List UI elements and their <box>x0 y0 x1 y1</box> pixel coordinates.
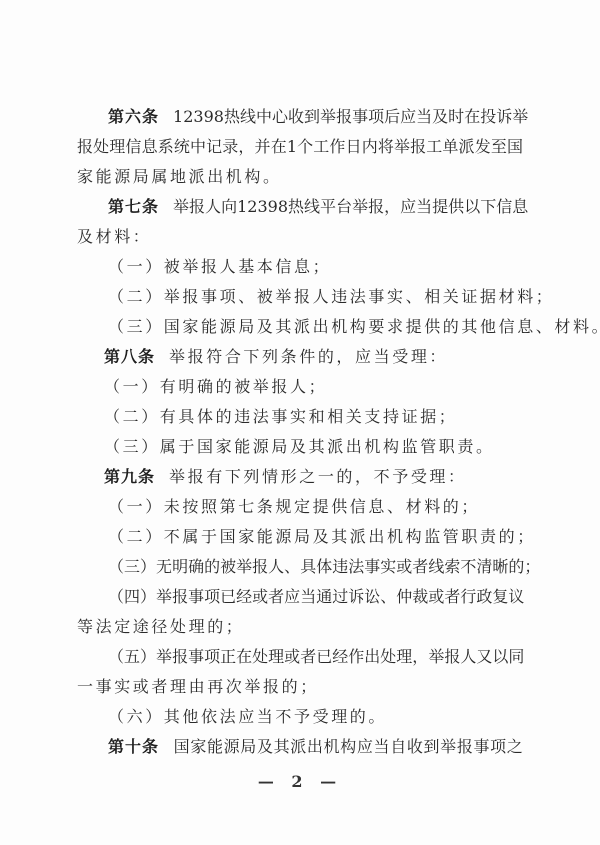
article-number: 第七条 <box>108 192 159 222</box>
char: 举 <box>352 192 368 222</box>
char: 派 <box>459 132 475 162</box>
char: 投 <box>480 102 496 132</box>
char: 违 <box>332 552 348 582</box>
char: 过 <box>332 582 348 612</box>
char: 向 <box>221 192 237 222</box>
char: 1 <box>237 192 247 222</box>
article-number: 第九条 <box>104 467 155 486</box>
char: 举 <box>320 102 336 132</box>
char: 之 <box>507 732 523 762</box>
char: 自 <box>390 732 406 762</box>
char: 记 <box>206 132 222 162</box>
char: 者 <box>444 582 460 612</box>
char: 3 <box>257 192 267 222</box>
text-line: 及材料： <box>77 222 523 252</box>
text-line: （一）未按照第七条规定提供信息、材料的； <box>108 492 523 522</box>
text-line: （一）被举报人基本信息； <box>108 252 523 282</box>
char: 后 <box>384 102 400 132</box>
char: 理 <box>268 642 284 672</box>
char: 构 <box>340 732 356 762</box>
char: 五 <box>124 642 140 672</box>
char: 9 <box>268 192 278 222</box>
char: 及 <box>432 102 448 132</box>
char: 举 <box>173 192 189 222</box>
char: 1 <box>173 102 183 132</box>
line-text: 举报有下列情形之一的，不予受理： <box>169 467 467 486</box>
char: 人 <box>268 552 284 582</box>
line-text: （一）未按照第七条规定提供信息、材料的； <box>108 497 480 516</box>
text-line: （三）无明确的被举报人、具体违法事实或者线索不清晰的； <box>108 552 523 582</box>
char: 到 <box>424 732 440 762</box>
char: 中 <box>256 102 272 132</box>
char: 事 <box>364 552 380 582</box>
char: 或 <box>428 582 444 612</box>
char: 者 <box>300 642 316 672</box>
char: 及 <box>257 732 273 762</box>
char: 者 <box>268 582 284 612</box>
char: 报 <box>410 132 426 162</box>
char: 平 <box>320 192 336 222</box>
line-text: （三）国家能源局及其派出机构要求提供的其他信息、材料。 <box>108 317 600 336</box>
char: 体 <box>316 552 332 582</box>
char: 录 <box>222 132 238 162</box>
char: ） <box>140 642 156 672</box>
text-line: 等法定途径处理的； <box>77 612 523 642</box>
char: 裁 <box>412 582 428 612</box>
char: 线 <box>428 552 444 582</box>
char: 具 <box>300 552 316 582</box>
char: 当 <box>300 582 316 612</box>
char: 报 <box>172 582 188 612</box>
char: 、 <box>284 552 300 582</box>
char: 3 <box>193 102 203 132</box>
article-number: 第八条 <box>104 347 155 366</box>
char: 复 <box>492 582 508 612</box>
char: 下 <box>480 192 496 222</box>
char: 报 <box>77 132 93 162</box>
char: 被 <box>220 552 236 582</box>
char: 个 <box>297 132 313 162</box>
line-text: 等法定途径处理的； <box>77 617 244 636</box>
char: ） <box>140 582 156 612</box>
char: 者 <box>412 552 428 582</box>
char: 当 <box>374 732 390 762</box>
char: 以 <box>464 192 480 222</box>
char: 行 <box>460 582 476 612</box>
char: 已 <box>220 582 236 612</box>
line-text: 及材料： <box>77 227 151 246</box>
line-text: （二）不属于国家能源局及其派出机构监管职责的； <box>108 527 536 546</box>
char: 至 <box>491 132 507 162</box>
document-page: 第六条12398热线中心收到举报事项后应当及时在投诉举报处理信息系统中记录，并在… <box>0 0 600 845</box>
char: 报 <box>336 102 352 132</box>
char: 事 <box>188 582 204 612</box>
text-line: 报处理信息系统中记录，并在1个工作日内将举报工单派发至国 <box>77 132 523 162</box>
line-text: （三）属于国家能源局及其派出机构监管职责。 <box>104 437 495 456</box>
char: 经 <box>332 642 348 672</box>
char: 提 <box>432 192 448 222</box>
char: 信 <box>125 132 141 162</box>
article-number: 第十条 <box>108 732 159 762</box>
char: 时 <box>448 102 464 132</box>
line-text: （二）举报事项、被举报人违法事实、相关证据材料； <box>108 287 554 306</box>
text-line: （一）有明确的被举报人； <box>104 372 523 402</box>
char: 信 <box>496 192 512 222</box>
char: ， <box>412 642 428 672</box>
char: 同 <box>508 642 524 672</box>
char: 晰 <box>492 552 508 582</box>
text-line: （三）属于国家能源局及其派出机构监管职责。 <box>104 432 523 462</box>
char: ） <box>140 552 156 582</box>
char: 供 <box>448 192 464 222</box>
char: 实 <box>380 552 396 582</box>
char: 事 <box>473 732 489 762</box>
char: 应 <box>400 102 416 132</box>
text-line: （二）不属于国家能源局及其派出机构监管职责的； <box>108 522 523 552</box>
char: 项 <box>204 582 220 612</box>
char: 国 <box>507 132 523 162</box>
char: 人 <box>205 192 221 222</box>
line-text: 举报符合下列条件的，应当受理： <box>169 347 448 366</box>
char: 台 <box>336 192 352 222</box>
char: 举 <box>236 552 252 582</box>
line-text: 一事实或者理由再次举报的； <box>77 677 319 696</box>
char: 的 <box>508 552 524 582</box>
char: 的 <box>204 552 220 582</box>
char: 2 <box>247 192 257 222</box>
char: 议 <box>508 582 524 612</box>
char: 诉 <box>496 102 512 132</box>
char: 工 <box>426 132 442 162</box>
char: 讼 <box>364 582 380 612</box>
char: 理 <box>109 132 125 162</box>
text-line: 家能源局属地派出机构。 <box>77 162 523 192</box>
char: （ <box>108 582 124 612</box>
char: 仲 <box>396 582 412 612</box>
char: 报 <box>368 192 384 222</box>
char: 1 <box>287 132 297 162</box>
char: 收 <box>407 732 423 762</box>
char: 处 <box>93 132 109 162</box>
char: 心 <box>272 102 288 132</box>
char: 热 <box>224 102 240 132</box>
char: 通 <box>316 582 332 612</box>
char: ； <box>524 552 540 582</box>
char: 三 <box>124 552 140 582</box>
char: 息 <box>142 132 158 162</box>
char: 系 <box>158 132 174 162</box>
text-line: 一事实或者理由再次举报的； <box>77 672 523 702</box>
char: 确 <box>188 552 204 582</box>
text-line: （二）举报事项、被举报人违法事实、相关证据材料； <box>108 282 523 312</box>
line-text: （一）被举报人基本信息； <box>108 257 331 276</box>
char: 举 <box>156 582 172 612</box>
char: 线 <box>240 102 256 132</box>
char: 应 <box>400 192 416 222</box>
char: 或 <box>252 582 268 612</box>
text-line: （四）举报事项已经或者应当通过诉讼、仲裁或者行政复议 <box>108 582 523 612</box>
char: 法 <box>348 552 364 582</box>
line-text: （二）有具体的违法事实和相关支持证据； <box>104 407 457 426</box>
article-heading-line: 第八条举报符合下列条件的，应当受理： <box>104 342 523 372</box>
char: ， <box>384 192 400 222</box>
char: （ <box>108 642 124 672</box>
line-text: （六）其他依法应当不予受理的。 <box>108 707 387 726</box>
char: 2 <box>183 102 193 132</box>
char: 报 <box>172 642 188 672</box>
char: 收 <box>288 102 304 132</box>
char: 统 <box>174 132 190 162</box>
char: 举 <box>428 642 444 672</box>
char: 或 <box>396 552 412 582</box>
char: 到 <box>304 102 320 132</box>
char: 政 <box>476 582 492 612</box>
char: 中 <box>190 132 206 162</box>
char: 正 <box>220 642 236 672</box>
char: 处 <box>252 642 268 672</box>
char: 热 <box>288 192 304 222</box>
char: 不 <box>460 552 476 582</box>
char: 息 <box>512 192 528 222</box>
article-heading-line: 第九条举报有下列情形之一的，不予受理： <box>104 462 523 492</box>
char: 作 <box>329 132 345 162</box>
char: 索 <box>444 552 460 582</box>
text-line: （五）举报事项正在处理或者已经作出处理，举报人又以同 <box>108 642 523 672</box>
char: 四 <box>124 582 140 612</box>
article-heading-line: 第七条举报人向12398热线平台举报，应当提供以下信息 <box>108 192 523 222</box>
char: 内 <box>362 132 378 162</box>
char: 派 <box>290 732 306 762</box>
char: 其 <box>274 732 290 762</box>
char: 已 <box>316 642 332 672</box>
char: 在 <box>236 642 252 672</box>
char: 8 <box>278 192 288 222</box>
char: 事 <box>188 642 204 672</box>
char: 以 <box>492 642 508 672</box>
article-heading-line: 第十条国家能源局及其派出机构应当自收到举报事项之 <box>108 732 523 762</box>
char: 应 <box>284 582 300 612</box>
char: 应 <box>357 732 373 762</box>
char: 在 <box>464 102 480 132</box>
char: 日 <box>346 132 362 162</box>
char: 人 <box>460 642 476 672</box>
text-line: （六）其他依法应当不予受理的。 <box>108 702 523 732</box>
char: 当 <box>416 102 432 132</box>
char: 经 <box>236 582 252 612</box>
char: 报 <box>444 642 460 672</box>
char: 当 <box>416 192 432 222</box>
char: 将 <box>378 132 394 162</box>
char: 出 <box>307 732 323 762</box>
char: 并 <box>255 132 271 162</box>
text-line: （二）有具体的违法事实和相关支持证据； <box>104 402 523 432</box>
char: 作 <box>348 642 364 672</box>
char: 或 <box>284 642 300 672</box>
char: 清 <box>476 552 492 582</box>
text-line: （三）国家能源局及其派出机构要求提供的其他信息、材料。 <box>108 312 523 342</box>
char: 家 <box>190 732 206 762</box>
char: 项 <box>490 732 506 762</box>
char: 又 <box>476 642 492 672</box>
char: 线 <box>304 192 320 222</box>
char: 出 <box>364 642 380 672</box>
char: 8 <box>214 102 224 132</box>
char: 举 <box>512 102 528 132</box>
char: 机 <box>324 732 340 762</box>
char: 发 <box>475 132 491 162</box>
char: 举 <box>394 132 410 162</box>
char: 明 <box>172 552 188 582</box>
char: 处 <box>380 642 396 672</box>
char: 单 <box>442 132 458 162</box>
line-text: 家能源局属地派出机构。 <box>77 167 282 186</box>
char: 局 <box>240 732 256 762</box>
char: （ <box>108 552 124 582</box>
char: 举 <box>440 732 456 762</box>
char: 工 <box>313 132 329 162</box>
char: 在 <box>271 132 287 162</box>
char: 诉 <box>348 582 364 612</box>
char: 9 <box>204 102 214 132</box>
char: 报 <box>189 192 205 222</box>
char: 项 <box>204 642 220 672</box>
page-number: — 2 — <box>0 772 600 791</box>
char: 国 <box>174 732 190 762</box>
char: 源 <box>224 732 240 762</box>
char: 理 <box>396 642 412 672</box>
article-number: 第六条 <box>108 102 159 132</box>
char: 无 <box>156 552 172 582</box>
char: 能 <box>207 732 223 762</box>
article-heading-line: 第六条12398热线中心收到举报事项后应当及时在投诉举 <box>108 102 523 132</box>
char: ， <box>238 132 254 162</box>
char: 报 <box>252 552 268 582</box>
char: 举 <box>156 642 172 672</box>
char: 事 <box>352 102 368 132</box>
line-text: （一）有明确的被举报人； <box>104 377 327 396</box>
char: 、 <box>380 582 396 612</box>
char: 项 <box>368 102 384 132</box>
char: 报 <box>457 732 473 762</box>
